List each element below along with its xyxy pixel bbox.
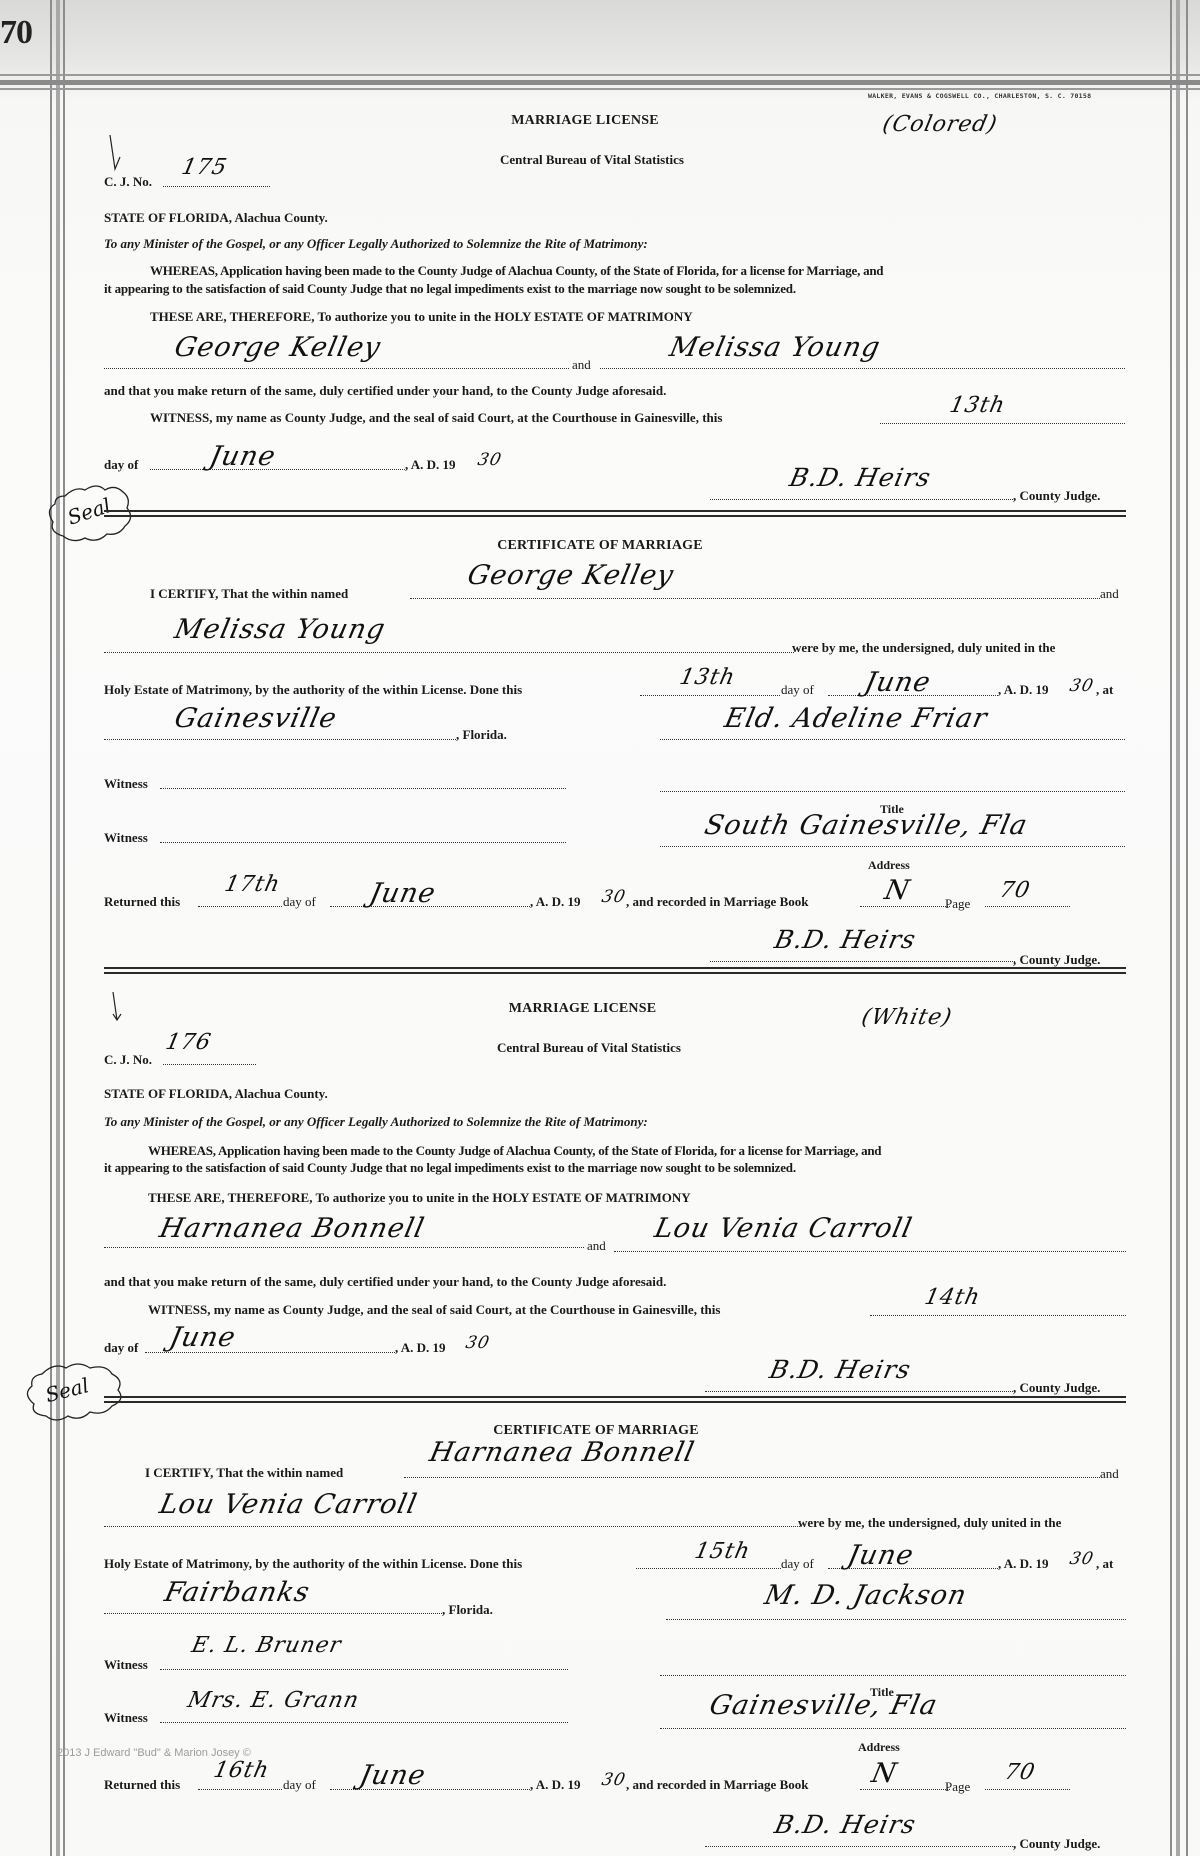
and-label: and <box>1100 586 1119 602</box>
license-subtitle: Central Bureau of Vital Statistics <box>497 1040 681 1056</box>
state-line: STATE OF FLORIDA, Alachua County. <box>104 1086 328 1102</box>
judge-signature: B.D. Heirs <box>787 463 934 492</box>
cert-month: June <box>862 667 934 698</box>
witness-1-label: Witness <box>104 776 148 792</box>
day-of-label: day of <box>104 457 138 473</box>
judge-signature-line <box>710 498 1015 500</box>
ad-label: , A. D. 19 <box>530 1777 581 1793</box>
address-label: Address <box>868 858 910 873</box>
section-divider <box>104 1396 1126 1403</box>
marriage-place: Gainesville <box>172 703 340 734</box>
at-label: , at <box>1096 1556 1113 1572</box>
officiant-address: South Gainesville, Fla <box>702 810 1031 841</box>
day-of-label: day of <box>781 682 814 698</box>
cert-bride-name: Melissa Young <box>172 614 389 645</box>
section-divider <box>104 510 1126 517</box>
address-line: To any Minister of the Gospel, or any Of… <box>104 236 648 252</box>
day-of-label: day of <box>781 1556 814 1572</box>
cert-year: 30 <box>1068 1549 1096 1569</box>
license-subtitle: Central Bureau of Vital Statistics <box>500 152 684 168</box>
witness-2-line <box>160 1721 568 1723</box>
holy-estate-label: Holy Estate of Matrimony, by the authori… <box>104 1556 522 1572</box>
whereas-line-2: it appearing to the satisfaction of said… <box>104 1160 796 1176</box>
cert-bride-name: Lou Venia Carroll <box>157 1489 421 1520</box>
whereas-line-1: WHEREAS, Application having been made to… <box>150 263 883 279</box>
ad-label: , A. D. 19 <box>405 457 456 473</box>
race-note: (White) <box>859 1005 954 1030</box>
groom-line <box>104 367 569 369</box>
returned-day: 16th <box>211 1758 271 1783</box>
cj-number-label: C. J. No. <box>104 174 152 190</box>
cj-number-label: C. J. No. <box>104 1052 152 1068</box>
license-month: June <box>207 441 279 472</box>
returned-label: Returned this <box>104 1777 180 1793</box>
license-title: MARRIAGE LICENSE <box>500 1001 665 1017</box>
ad-label: , A. D. 19 <box>395 1340 446 1356</box>
therefore-line: THESE ARE, THEREFORE, To authorize you t… <box>150 309 693 325</box>
day-of-label: day of <box>283 1777 316 1793</box>
cert-month: June <box>845 1540 917 1571</box>
witness-1: E. L. Bruner <box>189 1633 344 1658</box>
whereas-line-1: WHEREAS, Application having been made to… <box>148 1143 881 1159</box>
right-border-line <box>1170 0 1172 1856</box>
record-page: 70 <box>1002 1760 1037 1785</box>
arrow-mark-icon <box>110 990 124 1024</box>
license-year: 30 <box>476 450 504 470</box>
left-border-line <box>63 0 65 1856</box>
and-label: and <box>572 357 591 373</box>
header-rule <box>0 88 1200 90</box>
record-page: 70 <box>997 878 1032 903</box>
witness-line: WITNESS, my name as County Judge, and th… <box>148 1302 720 1318</box>
cj-number: 176 <box>163 1030 213 1055</box>
witness-1-label: Witness <box>104 1657 148 1673</box>
returned-year: 30 <box>600 1770 628 1790</box>
officiant-line <box>666 1618 1126 1620</box>
day-of-label: day of <box>283 894 316 910</box>
returned-label: Returned this <box>104 894 180 910</box>
cert-day: 15th <box>692 1539 752 1564</box>
race-note: (Colored) <box>880 112 999 137</box>
page-line <box>985 1788 1070 1790</box>
license-day: 14th <box>922 1285 982 1310</box>
license-month-line <box>150 468 405 470</box>
at-label: , at <box>1096 682 1113 698</box>
returned-day-line <box>198 1788 282 1790</box>
returned-month: June <box>367 878 439 909</box>
return-line: and that you make return of the same, du… <box>104 1274 666 1290</box>
officiant-name: Eld. Adeline Friar <box>722 703 991 734</box>
bride-line <box>614 1250 1126 1252</box>
cert-day: 13th <box>677 665 737 690</box>
ad-label: , A. D. 19 <box>998 682 1049 698</box>
therefore-line: THESE ARE, THEREFORE, To authorize you t… <box>148 1190 691 1206</box>
cert-day-line <box>636 1567 781 1569</box>
judge-signature: B.D. Heirs <box>772 925 919 954</box>
cert-groom-name: George Kelley <box>465 560 677 591</box>
witness-2-label: Witness <box>104 830 148 846</box>
header-rule <box>0 74 1200 76</box>
day-of-label: day of <box>104 1340 138 1356</box>
returned-year: 30 <box>600 887 628 907</box>
cert-groom-line <box>404 1476 1100 1478</box>
bride-name: Lou Venia Carroll <box>652 1213 916 1244</box>
right-border-line <box>1186 0 1188 1856</box>
recorded-label: , and recorded in Marriage Book <box>626 1777 808 1793</box>
returned-month: June <box>357 1760 429 1791</box>
whereas-line-2: it appearing to the satisfaction of said… <box>104 281 796 297</box>
certify-label: I CERTIFY, That the within named <box>150 586 348 602</box>
return-line: and that you make return of the same, du… <box>104 383 666 399</box>
united-label: were by me, the undersigned, duly united… <box>798 1515 1061 1531</box>
printer-imprint: WALKER, EVANS & COGSWELL CO., CHARLESTON… <box>868 92 1091 100</box>
groom-name: Harnanea Bonnell <box>157 1213 428 1244</box>
judge-signature-line <box>705 1390 1015 1392</box>
left-border-line <box>50 0 52 1856</box>
license-title: MARRIAGE LICENSE <box>505 113 665 129</box>
officiant-address-line <box>660 1727 1126 1729</box>
license-year: 30 <box>464 1333 492 1353</box>
cj-number-line <box>163 1063 256 1065</box>
groom-line <box>104 1246 584 1248</box>
license-day-line <box>880 422 1125 424</box>
officiant-title-line <box>660 1674 1126 1676</box>
page-line <box>985 905 1070 907</box>
holy-estate-label: Holy Estate of Matrimony, by the authori… <box>104 682 522 698</box>
record-divider <box>104 967 1126 974</box>
seal-stamp-icon: Seal <box>20 1358 130 1428</box>
returned-day-line <box>198 905 282 907</box>
groom-name: George Kelley <box>172 332 384 363</box>
place-line <box>104 1612 442 1614</box>
judge-signature: B.D. Heirs <box>772 1810 919 1839</box>
officiant-line <box>660 738 1125 740</box>
cert-bride-line <box>104 1525 800 1527</box>
cj-number-line <box>163 185 270 187</box>
witness-2-label: Witness <box>104 1710 148 1726</box>
returned-day: 17th <box>222 872 282 897</box>
ad-label: , A. D. 19 <box>530 894 581 910</box>
cert-bride-line <box>104 651 794 653</box>
page-number: 70 <box>0 14 32 52</box>
judge-signature: B.D. Heirs <box>767 1355 914 1384</box>
svg-text:Seal: Seal <box>43 1373 91 1407</box>
and-label: and <box>587 1238 606 1254</box>
ad-label: , A. D. 19 <box>998 1556 1049 1572</box>
cert-groom-name: Harnanea Bonnell <box>427 1437 698 1468</box>
cert-groom-line <box>410 597 1100 599</box>
judge-signature-line <box>705 1845 1015 1847</box>
bride-name: Melissa Young <box>667 332 884 363</box>
florida-label: , Florida. <box>442 1602 493 1618</box>
address-label: Address <box>858 1740 900 1755</box>
county-judge-label: , County Judge. <box>1013 488 1100 504</box>
witness-line: WITNESS, my name as County Judge, and th… <box>150 410 722 426</box>
officiant-title-line <box>660 790 1125 792</box>
address-line: To any Minister of the Gospel, or any Of… <box>104 1114 648 1130</box>
county-judge-label: , County Judge. <box>1013 1380 1100 1396</box>
left-border-band <box>56 0 60 1856</box>
witness-1-line <box>160 787 566 789</box>
header-band <box>0 80 1200 85</box>
certificate-title: CERTIFICATE OF MARRIAGE <box>490 538 710 554</box>
place-line <box>104 738 456 740</box>
witness-2: Mrs. E. Grann <box>185 1688 361 1713</box>
judge-signature-line <box>710 960 1015 962</box>
united-label: were by me, the undersigned, duly united… <box>792 640 1055 656</box>
officiant-name: M. D. Jackson <box>762 1580 970 1611</box>
page-label: Page <box>945 896 970 912</box>
county-judge-label: , County Judge. <box>1013 1836 1100 1852</box>
county-judge-label: , County Judge. <box>1013 952 1100 968</box>
cert-day-line <box>640 694 780 696</box>
certify-label: I CERTIFY, That the within named <box>145 1465 343 1481</box>
check-mark-icon <box>108 133 122 173</box>
license-day-line <box>870 1314 1126 1316</box>
page-label: Page <box>945 1779 970 1795</box>
bride-line <box>600 367 1125 369</box>
officiant-address: Gainesville, Fla <box>707 1690 941 1721</box>
state-line: STATE OF FLORIDA, Alachua County. <box>104 210 328 226</box>
recorded-label: , and recorded in Marriage Book <box>626 894 808 910</box>
witness-2-line <box>160 841 566 843</box>
marriage-place: Fairbanks <box>162 1577 313 1608</box>
officiant-address-line <box>660 845 1125 847</box>
right-border-band <box>1176 0 1180 1856</box>
license-day: 13th <box>947 393 1007 418</box>
witness-1-line <box>160 1668 568 1670</box>
cert-year: 30 <box>1068 676 1096 696</box>
and-label: and <box>1100 1466 1119 1482</box>
cj-number: 175 <box>179 155 229 180</box>
license-month: June <box>167 1322 239 1353</box>
florida-label: , Florida. <box>456 727 507 743</box>
